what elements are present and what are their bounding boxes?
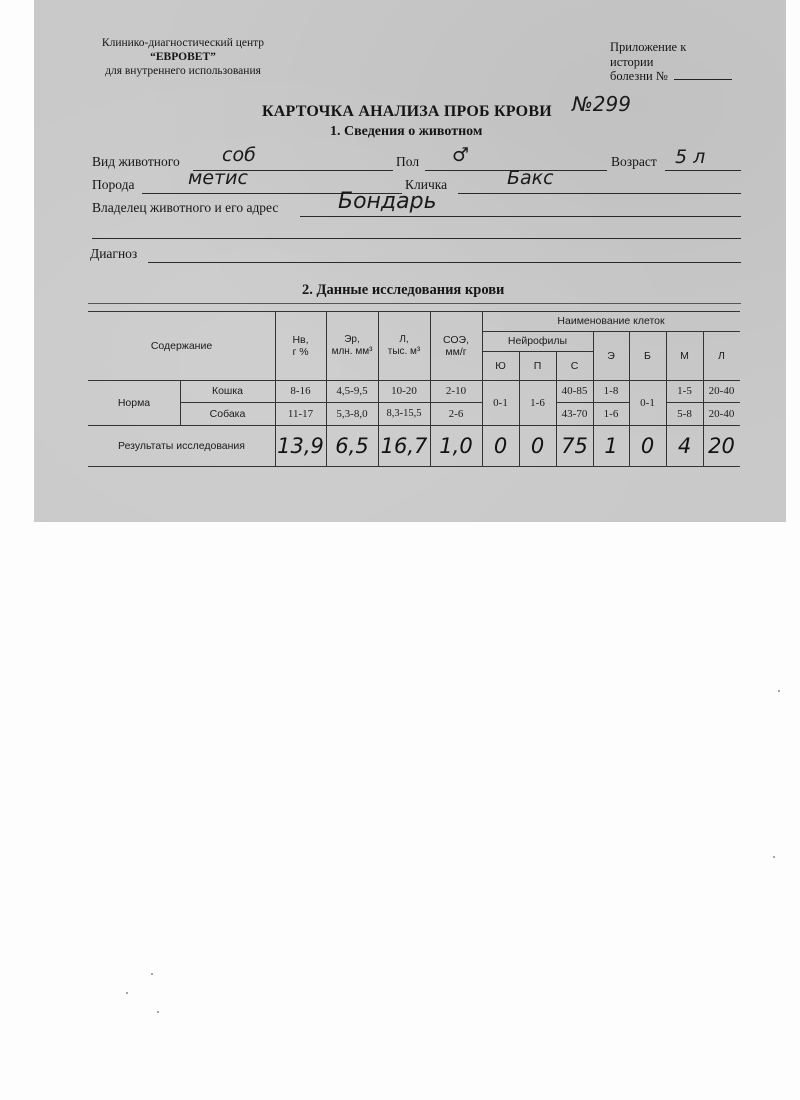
header-er-line1: Эр,	[344, 334, 360, 346]
cat-l: 10-20	[378, 380, 430, 402]
section-1-heading: 1. Сведения о животном	[330, 124, 482, 140]
sex-label: Пол	[396, 154, 419, 170]
header-hb-line2: г %	[292, 346, 308, 358]
age-underline	[665, 170, 741, 171]
norm-yu: 0-1	[482, 380, 519, 425]
clinic-line-3: для внутреннего использования	[93, 64, 273, 78]
cat-soe: 2-10	[430, 380, 482, 402]
dog-hb: 11-17	[275, 402, 326, 425]
scan-speck	[126, 992, 128, 994]
header-l-line1: Л,	[399, 334, 408, 346]
clinic-line-1: Клинико-диагностический центр	[93, 36, 273, 50]
result-hb: 13,9	[275, 425, 326, 466]
result-er: 6,5	[326, 425, 378, 466]
header-content: Содержание	[88, 311, 275, 380]
result-b: 0	[629, 425, 666, 466]
appendix-line-3: болезни №	[610, 69, 668, 83]
scan-speck	[773, 856, 775, 858]
result-yu: 0	[482, 425, 519, 466]
dog-er: 5,3-8,0	[326, 402, 378, 425]
owner-label: Владелец животного и его адрес	[92, 200, 278, 216]
scan-speck	[778, 690, 780, 692]
dog-m: 5-8	[666, 402, 703, 425]
header-l: Л, тыс. м³	[378, 311, 430, 380]
dog-soe: 2-6	[430, 402, 482, 425]
species-label: Вид животного	[92, 154, 180, 170]
clinic-header: Клинико-диагностический центр “ЕВРОВЕТ” …	[93, 36, 273, 78]
result-soe: 1,0	[430, 425, 482, 466]
appendix-header: Приложение к истории болезни №	[610, 40, 732, 84]
header-hb-line1: Нв,	[292, 334, 308, 346]
header-e: Э	[593, 331, 629, 380]
result-s: 75	[556, 425, 593, 466]
appendix-line-2: истории	[610, 55, 732, 70]
dog-label: Собака	[180, 402, 275, 425]
diagnosis-label: Диагноз	[90, 246, 137, 262]
table-line	[88, 466, 740, 467]
norm-b: 0-1	[629, 380, 666, 425]
header-neutrophils: Нейрофилы	[482, 331, 593, 351]
appendix-line-1: Приложение к	[610, 40, 732, 55]
dog-lymph: 20-40	[703, 402, 740, 425]
header-lymph: Л	[703, 331, 740, 380]
header-hb: Нв, г %	[275, 311, 326, 380]
cat-label: Кошка	[180, 380, 275, 402]
result-p: 0	[519, 425, 556, 466]
header-soe-line1: СОЭ,	[443, 334, 469, 346]
age-value: 5 л	[675, 146, 705, 168]
scan-speck	[157, 1011, 159, 1013]
header-soe: СОЭ, мм/г	[430, 311, 482, 380]
breed-label: Порода	[92, 177, 134, 193]
owner-underline	[300, 216, 741, 217]
species-value: соб	[222, 144, 256, 166]
header-s: С	[556, 351, 593, 380]
header-cells-group: Наименование клеток	[482, 311, 740, 331]
owner-second-line	[92, 238, 741, 239]
header-m: М	[666, 331, 703, 380]
header-er-line2: млн. мм³	[332, 346, 373, 358]
name-underline	[458, 193, 741, 194]
card-number-handwritten: №299	[572, 92, 631, 116]
cat-er: 4,5-9,5	[326, 380, 378, 402]
owner-value: Бондарь	[338, 189, 437, 214]
norm-p: 1-6	[519, 380, 556, 425]
dog-e: 1-6	[593, 402, 629, 425]
sex-value: ♂	[452, 144, 469, 166]
breed-value: метис	[188, 167, 248, 189]
header-soe-line2: мм/г	[445, 346, 466, 358]
result-e: 1	[593, 425, 629, 466]
section-2-rule	[88, 303, 741, 304]
header-b: Б	[629, 331, 666, 380]
header-p: П	[519, 351, 556, 380]
cat-hb: 8-16	[275, 380, 326, 402]
scan-speck	[151, 973, 153, 975]
dog-l: 8,3-15,5	[378, 402, 430, 425]
header-yu: Ю	[482, 351, 519, 380]
results-label: Результаты исследования	[88, 425, 275, 466]
result-l: 16,7	[378, 425, 430, 466]
cat-s: 40-85	[556, 380, 593, 402]
header-er: Эр, млн. мм³	[326, 311, 378, 380]
pet-name-value: Бакс	[507, 167, 554, 189]
result-lymph: 20	[703, 425, 740, 466]
clinic-name: “ЕВРОВЕТ”	[93, 50, 273, 64]
cat-lymph: 20-40	[703, 380, 740, 402]
section-2-heading: 2. Данные исследования крови	[302, 282, 504, 299]
case-number-blank	[674, 69, 732, 80]
cat-e: 1-8	[593, 380, 629, 402]
dog-s: 43-70	[556, 402, 593, 425]
diagnosis-underline	[148, 262, 741, 263]
norm-label: Норма	[88, 380, 180, 425]
cat-m: 1-5	[666, 380, 703, 402]
result-m: 4	[666, 425, 703, 466]
page-title: КАРТОЧКА АНАЛИЗА ПРОБ КРОВИ	[262, 103, 552, 121]
age-label: Возраст	[611, 154, 657, 170]
header-l-line2: тыс. м³	[388, 346, 421, 358]
